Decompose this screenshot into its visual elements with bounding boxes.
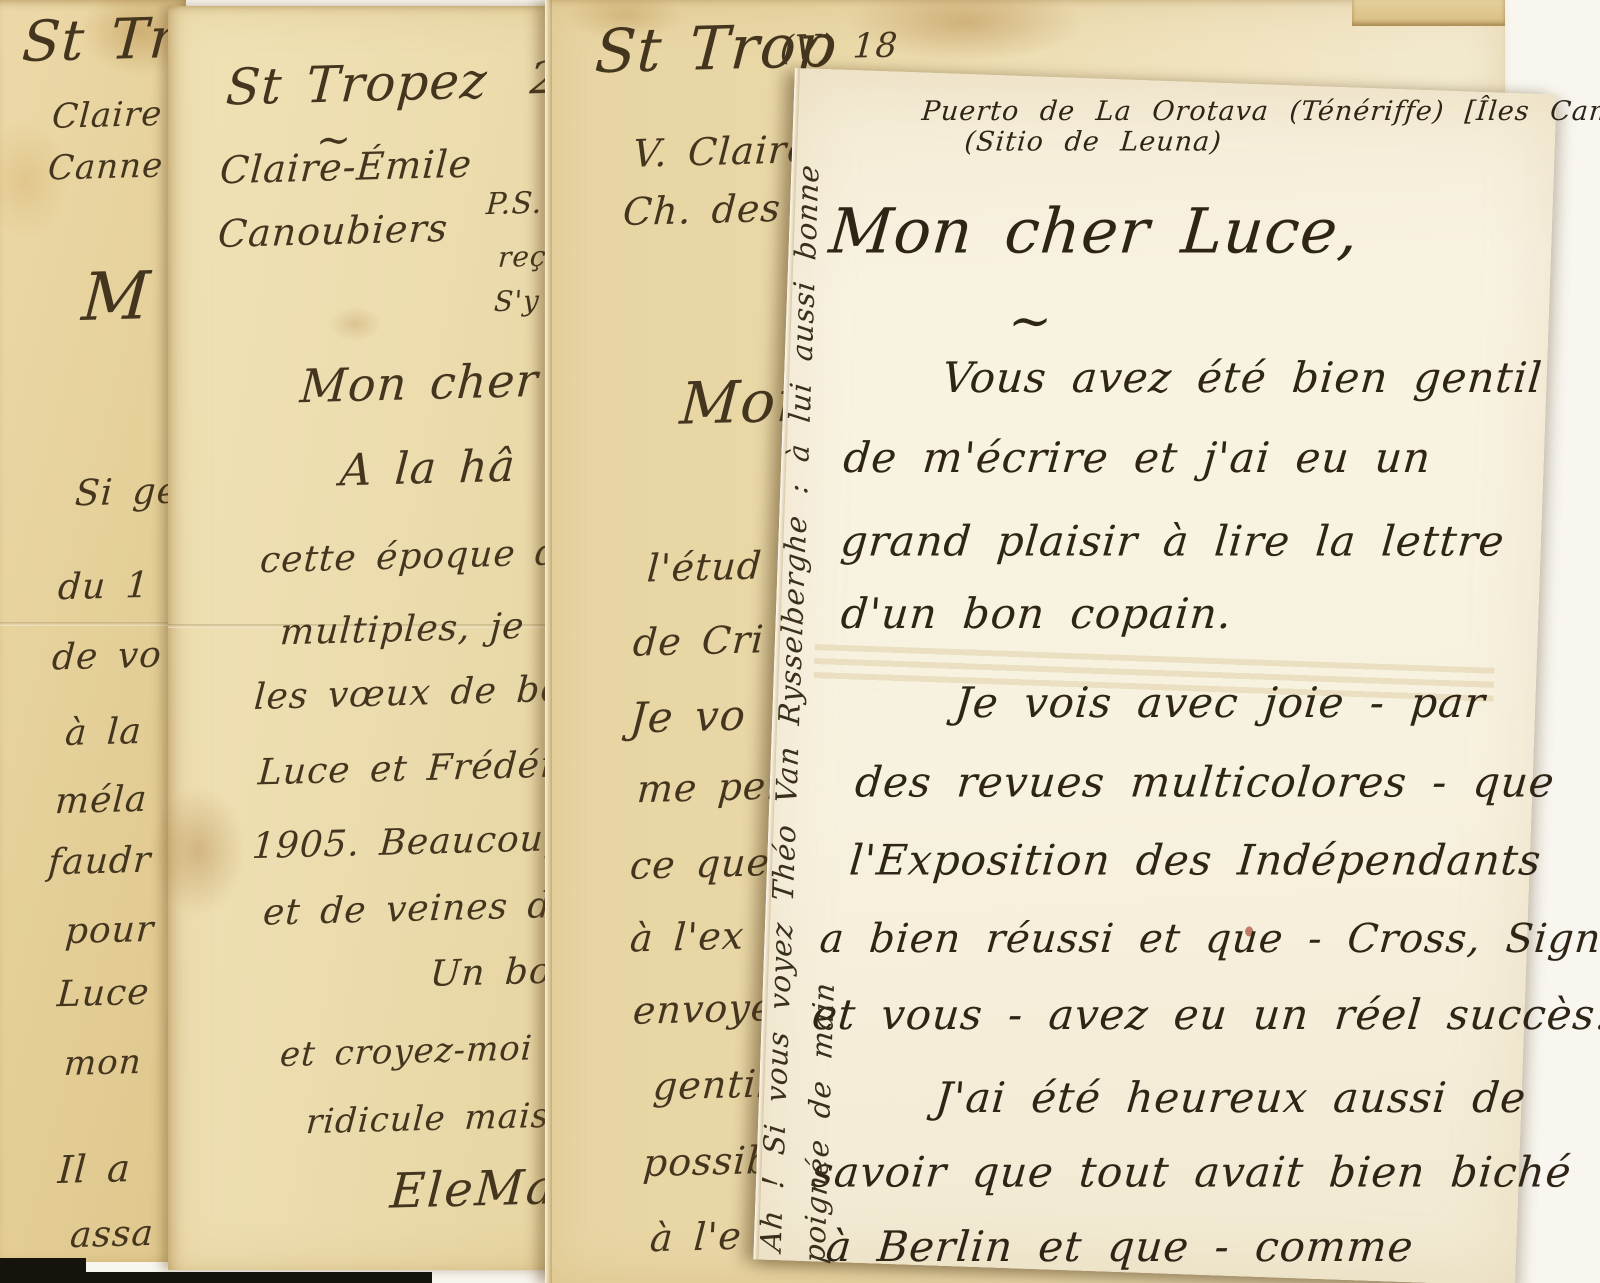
handwriting-line: a bien réussi et que - Cross, Signac — [818, 918, 1600, 960]
letter-page-4: Puerto de La Orotava (Ténériffe) [Îles C… — [753, 68, 1556, 1283]
handwriting-line: faudr — [47, 842, 153, 883]
heading-line: St Tropez — [224, 55, 489, 114]
handwriting-line: ce que — [629, 843, 772, 887]
handwriting-line: du 1 — [57, 567, 151, 607]
handwriting-line: à Berlin et que - comme — [824, 1225, 1415, 1269]
fold-crease — [0, 622, 186, 626]
paper-stain — [328, 306, 382, 342]
handwriting-line: à l'e — [649, 1217, 743, 1259]
handwriting-line: et vous - avez eu un réel succès. — [810, 993, 1600, 1037]
handwriting-line: des revues multicolores - que — [853, 761, 1556, 805]
handwriting-line: de vo — [51, 637, 163, 678]
handwriting-line: pour — [64, 911, 155, 951]
scanned-letters-canvas: St Tr Claire - Canne M Si ge du 1 de vo … — [0, 0, 1600, 1283]
handwriting-line: J'ai été heureux aussi de — [933, 1076, 1528, 1120]
scanner-edge-bar — [0, 1272, 432, 1283]
handwriting-line: méla — [54, 781, 149, 821]
handwriting-line: cette époque de — [259, 534, 583, 580]
handwriting-line: de Cri — [632, 620, 766, 663]
handwriting-line: 1905. Beaucoup — [251, 820, 569, 866]
handwriting-line: l'Exposition des Indépendants — [848, 838, 1544, 882]
handwriting-line: ridicule mais — [305, 1099, 550, 1141]
heading-line: Claire-Émile — [219, 145, 473, 192]
handwriting-line: envoyé — [632, 988, 776, 1032]
handwriting-line: et croyez-moi to — [279, 1030, 589, 1074]
handwriting-line: assa — [69, 1215, 155, 1255]
date-fragment: (V) 18 — [779, 28, 899, 67]
handwriting-line: St Tr — [20, 10, 178, 73]
handwriting-line: Il a — [57, 1149, 132, 1191]
salutation: Mon cher Luce, — [827, 199, 1362, 264]
handwriting-line: à l'ex — [629, 916, 746, 959]
heading-line: Puerto de La Orotava (Ténériffe) [Îles C… — [921, 98, 1600, 126]
handwriting-line: M — [80, 261, 153, 332]
handwriting-line: l'étud — [646, 546, 764, 589]
handwriting-line: Je vo — [629, 693, 748, 740]
handwriting-line: à la — [64, 713, 143, 753]
handwriting-line: de m'écrire et j'ai eu un — [842, 436, 1433, 480]
handwriting-line: Je vois avec joie - par — [953, 681, 1487, 725]
heading-line: (Sitio de Leuna) — [963, 128, 1223, 156]
handwriting-line: grand plaisir à lire la lettre — [839, 519, 1507, 563]
heading-line: Canoubiers — [217, 209, 450, 255]
handwriting-line: Luce — [56, 974, 151, 1014]
handwriting-line: savoir que tout avait bien biché — [810, 1151, 1574, 1195]
handwriting-line: d'un bon copain. — [839, 592, 1234, 636]
handwriting-line: Vous avez été bien gentil — [941, 356, 1545, 400]
flourish-mark: ~ — [1006, 294, 1055, 349]
handwriting-line: gentil — [652, 1064, 771, 1107]
handwriting-line: Canne — [47, 148, 164, 187]
handwriting-line: A la hâ — [339, 444, 517, 495]
handwriting-line: Luce et Frédéric — [257, 746, 593, 793]
letter-page-2: St Tropez ~ Claire-Émile Canoubiers 2 P.… — [168, 6, 586, 1270]
handwriting-line: Si ge — [74, 473, 180, 514]
handwriting-line: mon — [63, 1045, 143, 1083]
letter-page-1: St Tr Claire - Canne M Si ge du 1 de vo … — [0, 0, 186, 1262]
paper-edge-top-right — [1352, 0, 1505, 26]
